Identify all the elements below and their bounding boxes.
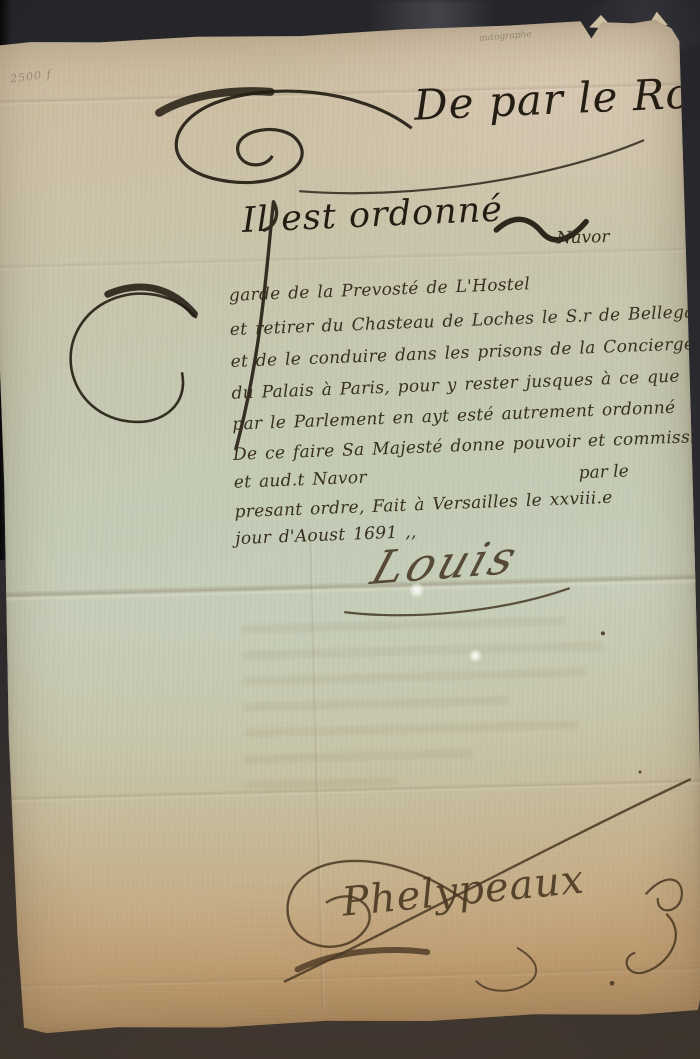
photo-frame: 2500 f autographe De par le Roy Il est o… [0, 0, 700, 1059]
body-line: et de le conduire dans les prisons de la… [230, 333, 700, 372]
show-through-line [244, 749, 473, 764]
show-through-line [243, 720, 579, 738]
pencil-annotation-note: autographe [479, 30, 532, 44]
royal-header: De par le Roy [413, 68, 700, 130]
body-line-commission-right: par le [578, 461, 629, 483]
show-through-line [243, 696, 511, 712]
body-line: De ce faire Sa Majesté donne pouvoir et … [233, 426, 700, 465]
body-line: par le Parlement en ayt esté autrement o… [232, 398, 676, 435]
pencil-annotation-price: 2500 f [10, 68, 53, 86]
body-line: du Palais à Paris, pour y rester jusques… [231, 367, 680, 404]
signature-underline-flourish-icon [340, 580, 579, 622]
margin-circle-flourish-icon [45, 265, 218, 447]
parchment-document: 2500 f autographe De par le Roy Il est o… [0, 17, 700, 1035]
body-line: et retirer du Chasteau de Loches le S.r … [229, 301, 700, 340]
body-line-date: presant ordre, Fait à Versailles le xxvi… [234, 488, 613, 523]
body-line-commission-left: et aud.t Navor [233, 468, 367, 493]
show-through-line [242, 668, 586, 686]
addressee-name: Navor [556, 227, 609, 248]
parchment-wrapper: 2500 f autographe De par le Roy Il est o… [0, 17, 700, 1035]
ink-speck [638, 770, 641, 773]
show-through-line [241, 641, 604, 659]
